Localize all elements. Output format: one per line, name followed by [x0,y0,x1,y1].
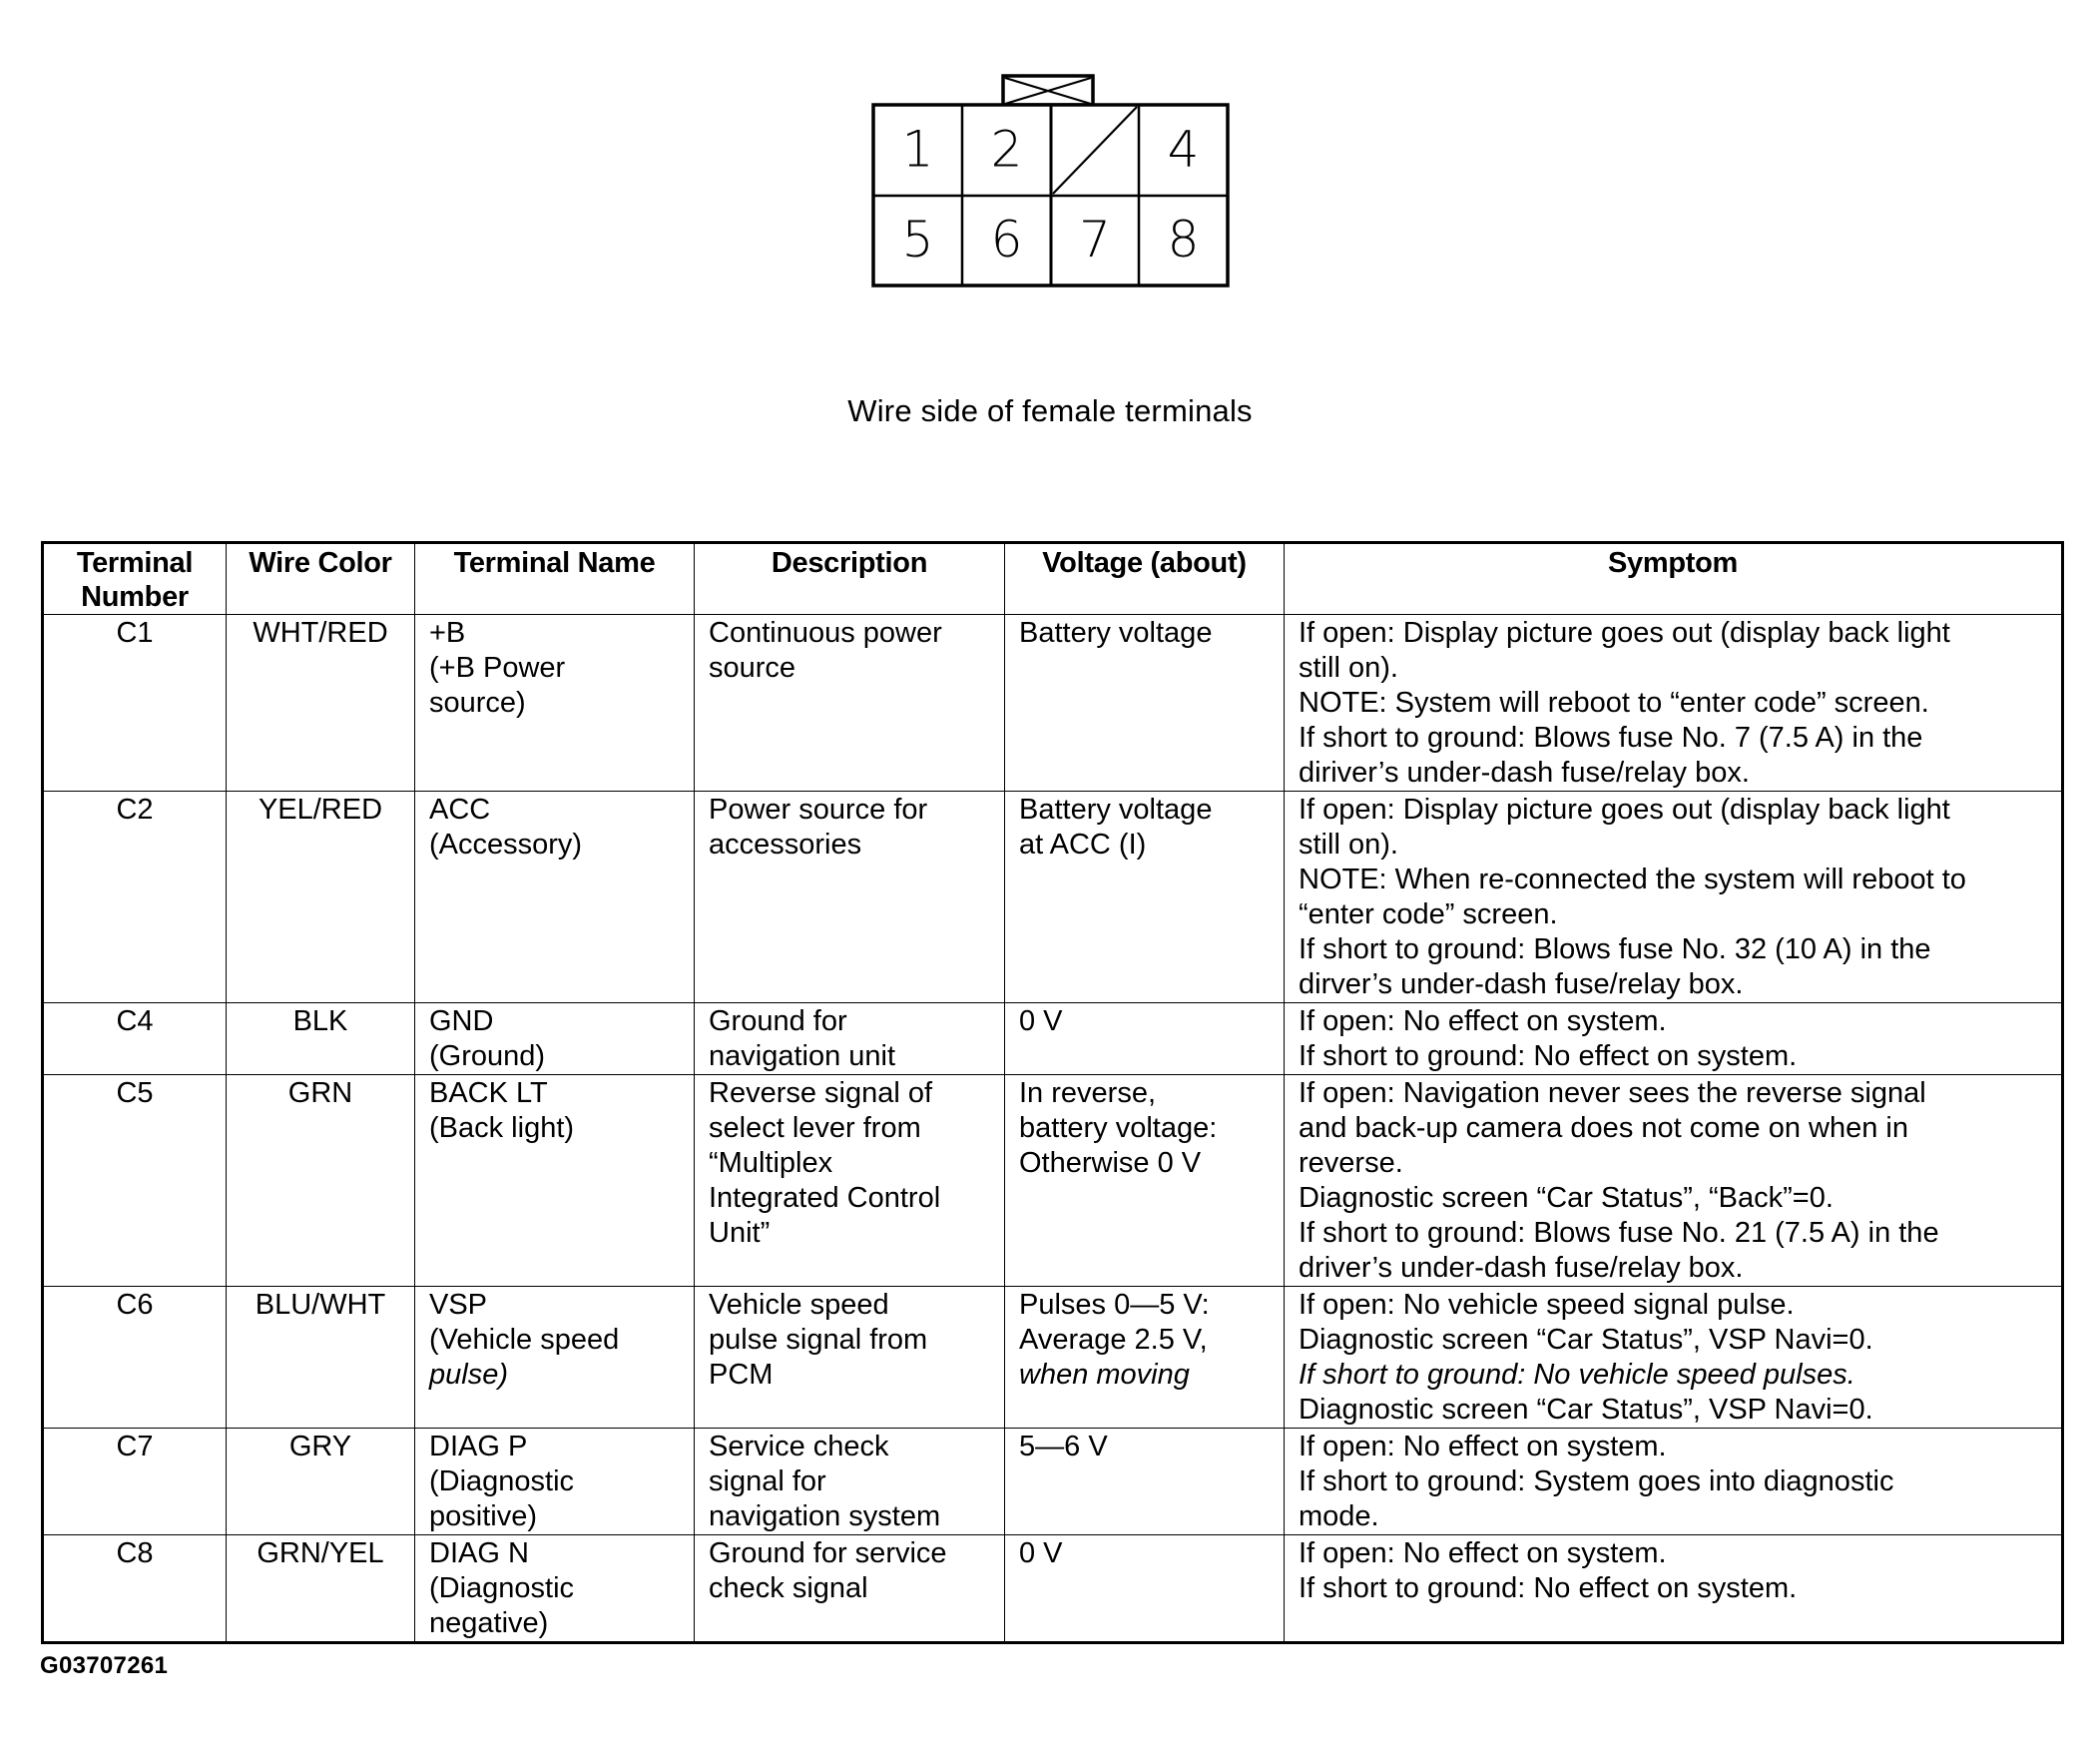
name-line: (+B Power [429,651,680,686]
symptom-line: If short to ground: System goes into dia… [1299,1464,2047,1499]
name-line: negative) [429,1606,680,1641]
description-line: Vehicle speed [709,1288,990,1323]
symptom-line: If open: Display picture goes out (displ… [1299,793,2047,828]
description-cell: Power source foraccessories [695,792,1005,1003]
name-line: +B [429,616,680,651]
header-text: Number [58,580,212,614]
column-header-wire-color: Wire Color [227,543,415,615]
description-line: source [709,651,990,686]
voltage-cell: Battery voltage [1005,615,1285,792]
name-line: ACC [429,793,680,828]
wire-color-cell: GRY [227,1429,415,1535]
description-line: navigation system [709,1499,990,1534]
column-header-symptom: Symptom [1285,543,2063,615]
voltage-line: Average 2.5 V, [1019,1323,1270,1358]
wire-color-cell: BLK [227,1003,415,1075]
voltage-line: Pulses 0—5 V: [1019,1288,1270,1323]
terminal-number-cell: C5 [43,1075,227,1287]
cavity-number-2: 2 [991,121,1023,179]
name-line: DIAG N [429,1536,680,1571]
name-line: (Back light) [429,1111,680,1146]
symptom-cell: If open: No effect on system.If short to… [1285,1003,2063,1075]
description-line: navigation unit [709,1039,990,1074]
symptom-line: If short to ground: Blows fuse No. 7 (7.… [1299,721,2047,756]
voltage-line: when moving [1019,1358,1270,1393]
terminal-number-cell: C8 [43,1535,227,1643]
terminal-name-cell: BACK LT(Back light) [415,1075,695,1287]
terminal-name-cell: DIAG N(Diagnosticnegative) [415,1535,695,1643]
cavity-number-8: 8 [1168,211,1200,269]
terminal-name-cell: ACC(Accessory) [415,792,695,1003]
symptom-line: If open: No effect on system. [1299,1004,2047,1039]
description-line: select lever from [709,1111,990,1146]
description-line: Reverse signal of [709,1076,990,1111]
terminal-name-cell: VSP(Vehicle speedpulse) [415,1287,695,1429]
cavity-number-7: 7 [1079,211,1111,269]
description-cell: Ground for servicecheck signal [695,1535,1005,1643]
description-line: Ground for [709,1004,990,1039]
cavity-number-6: 6 [991,211,1023,269]
symptom-line: If short to ground: No vehicle speed pul… [1299,1358,2047,1393]
voltage-cell: Battery voltageat ACC (I) [1005,792,1285,1003]
symptom-line: NOTE: When re-connected the system will … [1299,863,2047,897]
wire-color-cell: BLU/WHT [227,1287,415,1429]
terminal-table: TerminalNumberWire ColorTerminal NameDes… [41,541,2064,1644]
header-text: Wire Color [241,546,400,580]
description-cell: Vehicle speedpulse signal fromPCM [695,1287,1005,1429]
wire-color-cell: GRN/YEL [227,1535,415,1643]
description-line: Power source for [709,793,990,828]
table-row: C6BLU/WHTVSP(Vehicle speedpulse)Vehicle … [43,1287,2063,1429]
terminal-number-cell: C1 [43,615,227,792]
symptom-cell: If open: Display picture goes out (displ… [1285,792,2063,1003]
symptom-line: Diagnostic screen “Car Status”, “Back”=0… [1299,1181,2047,1216]
table-row: C4BLKGND(Ground)Ground fornavigation uni… [43,1003,2063,1075]
name-line: VSP [429,1288,680,1323]
header-text: Terminal [58,546,212,580]
name-line: GND [429,1004,680,1039]
voltage-cell: In reverse,battery voltage:Otherwise 0 V [1005,1075,1285,1287]
description-cell: Ground fornavigation unit [695,1003,1005,1075]
symptom-line: If short to ground: Blows fuse No. 21 (7… [1299,1216,2047,1251]
voltage-line: In reverse, [1019,1076,1270,1111]
symptom-line: and back-up camera does not come on when… [1299,1111,2047,1146]
header-text: Description [709,546,990,580]
voltage-line: 0 V [1019,1004,1270,1039]
name-line: positive) [429,1499,680,1534]
terminal-name-cell: DIAG P(Diagnosticpositive) [415,1429,695,1535]
voltage-line: at ACC (I) [1019,828,1270,863]
symptom-line: still on). [1299,828,2047,863]
symptom-cell: If open: Navigation never sees the rever… [1285,1075,2063,1287]
wire-color-cell: WHT/RED [227,615,415,792]
symptom-line: dirver’s under-dash fuse/relay box. [1299,967,2047,1002]
description-cell: Reverse signal ofselect lever from“Multi… [695,1075,1005,1287]
name-line: (Diagnostic [429,1464,680,1499]
symptom-line: still on). [1299,651,2047,686]
description-line: Continuous power [709,616,990,651]
description-line: check signal [709,1571,990,1606]
symptom-line: Diagnostic screen “Car Status”, VSP Navi… [1299,1323,2047,1358]
name-line: DIAG P [429,1430,680,1464]
description-line: “Multiplex [709,1146,990,1181]
description-cell: Service checksignal fornavigation system [695,1429,1005,1535]
table-row: C8GRN/YELDIAG N(Diagnosticnegative)Groun… [43,1535,2063,1643]
voltage-line: 5—6 V [1019,1430,1270,1464]
voltage-cell: 5—6 V [1005,1429,1285,1535]
voltage-cell: 0 V [1005,1003,1285,1075]
symptom-cell: If open: No effect on system.If short to… [1285,1429,2063,1535]
voltage-line: Battery voltage [1019,793,1270,828]
symptom-line: If open: Display picture goes out (displ… [1299,616,2047,651]
symptom-line: reverse. [1299,1146,2047,1181]
column-header-voltage: Voltage (about) [1005,543,1285,615]
name-line: (Ground) [429,1039,680,1074]
description-line: pulse signal from [709,1323,990,1358]
terminal-number-cell: C6 [43,1287,227,1429]
voltage-cell: Pulses 0—5 V:Average 2.5 V,when moving [1005,1287,1285,1429]
symptom-line: diriver’s under-dash fuse/relay box. [1299,756,2047,791]
description-line: Service check [709,1430,990,1464]
description-line: Unit” [709,1216,990,1251]
symptom-line: If short to ground: No effect on system. [1299,1571,2047,1606]
description-line: Ground for service [709,1536,990,1571]
terminal-number-cell: C7 [43,1429,227,1535]
wire-color-cell: GRN [227,1075,415,1287]
description-cell: Continuous powersource [695,615,1005,792]
symptom-line: Diagnostic screen “Car Status”, VSP Navi… [1299,1393,2047,1428]
terminal-name-cell: GND(Ground) [415,1003,695,1075]
symptom-line: “enter code” screen. [1299,897,2047,932]
table-header-row: TerminalNumberWire ColorTerminal NameDes… [43,543,2063,615]
symptom-cell: If open: Display picture goes out (displ… [1285,615,2063,792]
symptom-line: If short to ground: Blows fuse No. 32 (1… [1299,932,2047,967]
symptom-cell: If open: No effect on system.If short to… [1285,1535,2063,1643]
column-header-terminal-number: TerminalNumber [43,543,227,615]
connector-diagram: 1245678 [864,70,1236,293]
name-line: (Accessory) [429,828,680,863]
table-row: C7GRYDIAG P(Diagnosticpositive)Service c… [43,1429,2063,1535]
header-text: Symptom [1299,546,2047,580]
column-header-terminal-name: Terminal Name [415,543,695,615]
symptom-line: NOTE: System will reboot to “enter code”… [1299,686,2047,721]
column-header-description: Description [695,543,1005,615]
symptom-line: If short to ground: No effect on system. [1299,1039,2047,1074]
voltage-line: Otherwise 0 V [1019,1146,1270,1181]
cavity-number-5: 5 [902,211,934,269]
voltage-line: Battery voltage [1019,616,1270,651]
terminal-name-cell: +B(+B Powersource) [415,615,695,792]
connector-latch-icon [1003,76,1093,105]
symptom-line: If open: No effect on system. [1299,1430,2047,1464]
document-code: G03707261 [40,1652,168,1680]
terminal-number-cell: C4 [43,1003,227,1075]
symptom-line: mode. [1299,1499,2047,1534]
cavity-number-1: 1 [902,121,934,179]
symptom-line: If open: No vehicle speed signal pulse. [1299,1288,2047,1323]
name-line: source) [429,686,680,721]
table-row: C5GRNBACK LT(Back light)Reverse signal o… [43,1075,2063,1287]
voltage-line: 0 V [1019,1536,1270,1571]
symptom-cell: If open: No vehicle speed signal pulse.D… [1285,1287,2063,1429]
symptom-line: driver’s under-dash fuse/relay box. [1299,1251,2047,1286]
table-row: C2YEL/REDACC(Accessory)Power source fora… [43,792,2063,1003]
symptom-line: If open: Navigation never sees the rever… [1299,1076,2047,1111]
name-line: (Vehicle speed [429,1323,680,1358]
description-line: accessories [709,828,990,863]
name-line: (Diagnostic [429,1571,680,1606]
terminal-number-cell: C2 [43,792,227,1003]
description-line: signal for [709,1464,990,1499]
diagram-caption: Wire side of female terminals [0,393,2100,429]
header-text: Voltage (about) [1019,546,1270,580]
voltage-cell: 0 V [1005,1535,1285,1643]
cavity-number-4: 4 [1168,121,1200,179]
table-row: C1WHT/RED+B(+B Powersource)Continuous po… [43,615,2063,792]
description-line: PCM [709,1358,990,1393]
wire-color-cell: YEL/RED [227,792,415,1003]
header-text: Terminal Name [429,546,680,580]
name-line: pulse) [429,1358,680,1393]
voltage-line: battery voltage: [1019,1111,1270,1146]
name-line: BACK LT [429,1076,680,1111]
symptom-line: If open: No effect on system. [1299,1536,2047,1571]
description-line: Integrated Control [709,1181,990,1216]
